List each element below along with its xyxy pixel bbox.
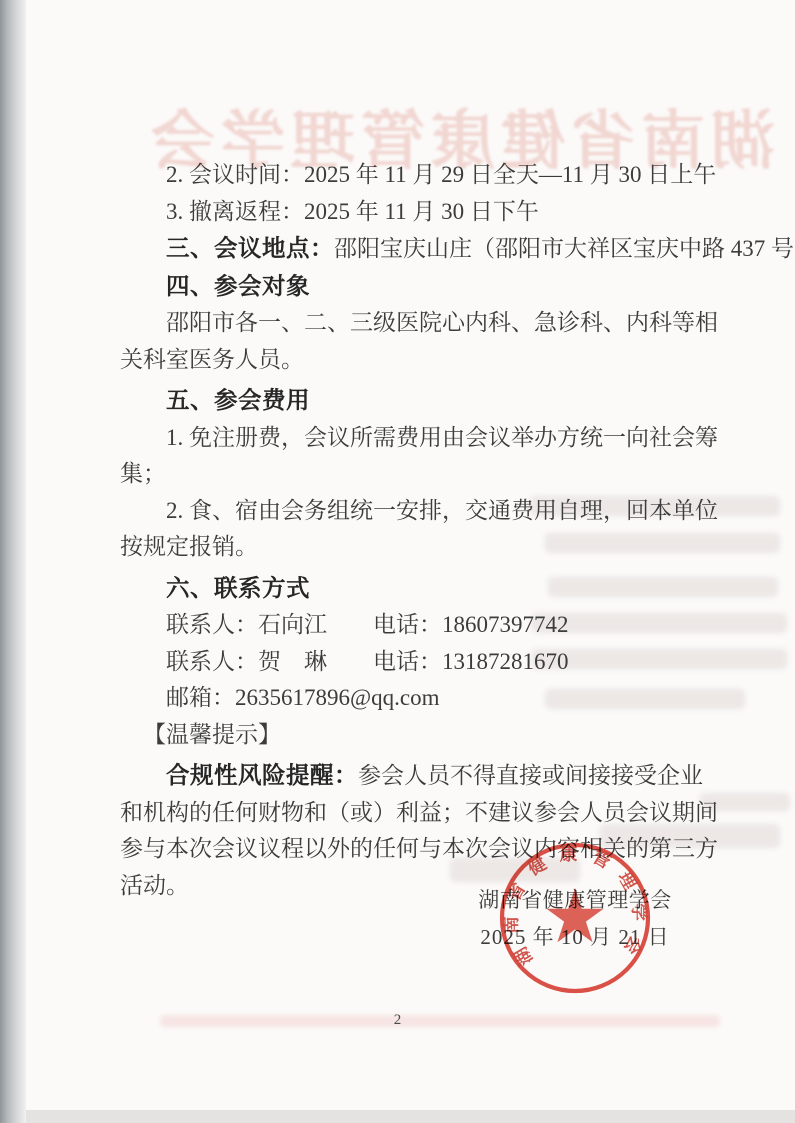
scanner-bottom-edge [0, 1110, 795, 1123]
paragraph-text: 邵阳市各一、二、三级医院心内科、急诊科、内科等相关科室医务人员。 [120, 310, 718, 372]
scanned-document-page: 湖南省健康管理学会 2. 会议时间：2025 年 11 月 29 日全天—11 … [0, 0, 795, 1123]
paragraph-text: 邮箱：2635617896@qq.com [166, 685, 440, 710]
paragraph-text: 2. 会议时间：2025 年 11 月 29 日全天—11 月 30 日上午 [166, 162, 716, 187]
paragraph: 邮箱：2635617896@qq.com [120, 680, 718, 717]
paragraph: 2. 会议时间：2025 年 11 月 29 日全天—11 月 30 日上午 [120, 157, 718, 194]
paragraph-lead: 合规性风险提醒： [166, 762, 358, 788]
paragraph: 【温馨提示】 [120, 717, 718, 754]
paragraph: 四、参会对象 [120, 268, 718, 306]
paragraph-text: 1. 免注册费，会议所需费用由会议举办方统一向社会筹集； [120, 425, 718, 487]
paragraph-text: 联系人：石向江 电话：18607397742 [166, 612, 569, 637]
paragraph-lead: 四、参会对象 [166, 273, 310, 299]
paragraph: 联系人：石向江 电话：18607397742 [120, 607, 718, 644]
paragraph-text: 邵阳宝庆山庄（邵阳市大祥区宝庆中路 437 号） [334, 236, 795, 261]
seal-star-icon [547, 888, 604, 942]
paragraph: 六、联系方式 [120, 570, 718, 608]
paragraph-text: 3. 撤离返程：2025 年 11 月 30 日下午 [166, 199, 539, 224]
paragraph: 三、会议地点：邵阳宝庆山庄（邵阳市大祥区宝庆中路 437 号） [120, 230, 718, 268]
official-seal-stamp: 湖南省健康管理学会 [475, 818, 675, 1018]
paragraph-text: 【温馨提示】 [143, 722, 281, 747]
paragraph: 2. 食、宿由会务组统一安排，交通费用自理，回本单位按规定报销。 [120, 493, 718, 566]
paragraph-lead: 六、联系方式 [166, 575, 310, 601]
document-body: 2. 会议时间：2025 年 11 月 29 日全天—11 月 30 日上午3.… [120, 157, 718, 904]
paragraph: 五、参会费用 [120, 382, 718, 420]
paragraph-text: 联系人：贺 琳 电话：13187281670 [166, 649, 569, 674]
paragraph-text: 2. 食、宿由会务组统一安排，交通费用自理，回本单位按规定报销。 [120, 498, 718, 560]
page-number: 2 [0, 1012, 795, 1029]
paragraph: 1. 免注册费，会议所需费用由会议举办方统一向社会筹集； [120, 420, 718, 493]
paragraph: 邵阳市各一、二、三级医院心内科、急诊科、内科等相关科室医务人员。 [120, 305, 718, 378]
scanner-left-edge [0, 0, 26, 1123]
paragraph-lead: 五、参会费用 [166, 387, 310, 413]
paragraph: 联系人：贺 琳 电话：13187281670 [120, 644, 718, 681]
paragraph-lead: 三、会议地点： [166, 235, 334, 261]
paragraph: 3. 撤离返程：2025 年 11 月 30 日下午 [120, 194, 718, 231]
